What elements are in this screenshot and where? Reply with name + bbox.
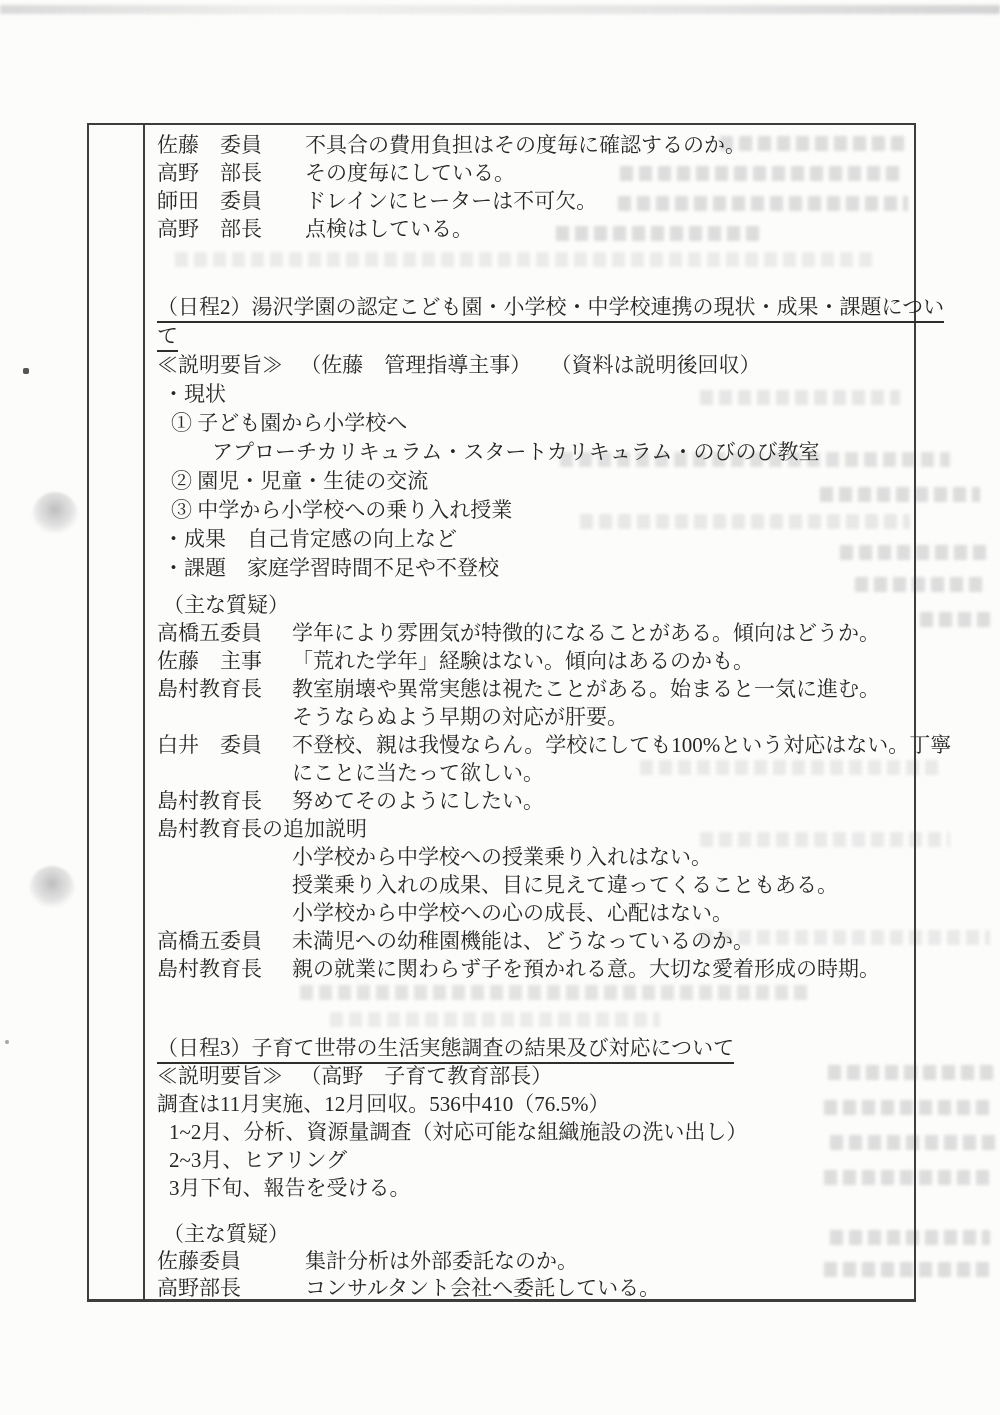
- point-1-detail: アプローチカリキュラム・スタートカリキュラム・のびのび教室: [157, 438, 924, 467]
- speaker-name: 高野 部長: [157, 159, 305, 187]
- ink-speck: [5, 1040, 9, 1044]
- table-left-rule: [143, 125, 145, 1299]
- statement-text: 未満児への幼稚園機能は、どうなっているのか。: [292, 927, 754, 955]
- speaker-name: 島村教育長: [157, 787, 292, 815]
- statement-continuation: そうならぬよう早期の対応が肝要。: [157, 703, 924, 731]
- speaker-name: 島村教育長: [157, 675, 292, 703]
- scan-edge-shadow: [0, 5, 1000, 14]
- qa-row: 師田 委員 ドレインにヒーターは不可欠。: [157, 187, 924, 215]
- point-2: ② 園児・児童・生徒の交流: [157, 467, 924, 496]
- results-line: ・成果 自己肯定感の向上など: [157, 525, 924, 554]
- qa-section-label: （主な質疑）: [157, 591, 924, 619]
- statement-text: ドレインにヒーターは不可欠。: [305, 187, 597, 215]
- point-3: ③ 中学から小学校への乗り入れ授業: [157, 496, 924, 525]
- agenda3-qa-block: （主な質疑） 佐藤委員 集計分析は外部委託なのか。 高野部長 コンサルタント会社…: [157, 1221, 924, 1302]
- survey-line: 調査は11月実施、12月回収。536中410（76.5%）: [157, 1090, 924, 1118]
- qa-row: 島村教育長 教室崩壊や異常実態は視たことがある。始まると一気に進む。: [157, 675, 924, 703]
- addendum-line: 小学校から中学校への心の成長、心配はない。: [157, 899, 924, 927]
- qa-row: 佐藤委員 集計分析は外部委託なのか。: [157, 1248, 924, 1275]
- presenter-name: （高野 子育て教育部長）: [300, 1064, 552, 1088]
- addendum-line: 小学校から中学校への授業乗り入れはない。: [157, 843, 924, 871]
- speaker-name: 佐藤 委員: [157, 131, 305, 159]
- materials-note: （資料は説明後回収）: [551, 353, 761, 377]
- qa-row: 高野 部長 その度毎にしている。: [157, 159, 924, 187]
- speaker-name: 佐藤 主事: [157, 647, 292, 675]
- speaker-name: 高橋五委員: [157, 619, 292, 647]
- speaker-name: 白井 委員: [157, 731, 292, 759]
- qa-row: 白井 委員 不登校、親は我慢ならん。学校にしても100%という対応はない。丁寧: [157, 731, 924, 759]
- speaker-name: 島村教育長: [157, 955, 292, 983]
- statement-text: その度毎にしている。: [305, 159, 515, 187]
- statement-text: 努めてそのようにしたい。: [292, 787, 544, 815]
- agenda2-block: （日程2）湯沢学園の認定こども園・小学校・中学校連携の現状・成果・課題につい て…: [157, 293, 924, 583]
- statement-text: 学年により雰囲気が特徴的になることがある。傾向はどうか。: [292, 619, 880, 647]
- statement-text: コンサルタント会社へ委託している。: [305, 1275, 660, 1302]
- statement-continuation: にことに当たって欲しい。: [157, 759, 924, 787]
- qa-row: 高野 部長 点検はしている。: [157, 215, 924, 243]
- addendum-label: 島村教育長の追加説明: [157, 815, 924, 843]
- statement-text: 「荒れた学年」経験はない。傾向はあるのかも。: [292, 647, 754, 675]
- statement-text: 教室崩壊や異常実態は視たことがある。始まると一気に進む。: [292, 675, 880, 703]
- presenter-name: （佐藤 管理指導主事）: [300, 353, 531, 377]
- punch-hole-bottom: [29, 866, 75, 912]
- ink-speck: [23, 368, 29, 374]
- punch-hole-top: [32, 492, 78, 538]
- addendum-line: 授業乗り入れの成果、目に見えて違ってくることもある。: [157, 871, 924, 899]
- agenda3-heading: （日程3）子育て世帯の生活実態調査の結果及び対応について: [157, 1034, 924, 1062]
- issues-line: ・課題 家庭学習時間不足や不登校: [157, 554, 924, 583]
- speaker-name: 高野 部長: [157, 215, 305, 243]
- schedule-line: 3月下旬、報告を受ける。: [157, 1174, 924, 1202]
- summary-label: ≪説明要旨≫: [157, 1064, 283, 1088]
- agenda2-summary-line: ≪説明要旨≫ （佐藤 管理指導主事） （資料は説明後回収）: [157, 351, 924, 380]
- qa-block-top: 佐藤 委員 不具合の費用負担はその度毎に確認するのか。 高野 部長 その度毎にし…: [157, 131, 924, 243]
- statement-text: 不具合の費用負担はその度毎に確認するのか。: [305, 131, 746, 159]
- agenda2-qa-block: （主な質疑） 高橋五委員 学年により雰囲気が特徴的になることがある。傾向はどうか…: [157, 591, 924, 983]
- statement-text: 集計分析は外部委託なのか。: [305, 1248, 578, 1275]
- speaker-name: 佐藤委員: [157, 1248, 305, 1275]
- qa-row: 島村教育長 親の就業に関わらず子を預かれる意。大切な愛着形成の時期。: [157, 955, 924, 983]
- qa-row: 高橋五委員 学年により雰囲気が特徴的になることがある。傾向はどうか。: [157, 619, 924, 647]
- qa-row: 佐藤 委員 不具合の費用負担はその度毎に確認するのか。: [157, 131, 924, 159]
- agenda2-heading-line1: （日程2）湯沢学園の認定こども園・小学校・中学校連携の現状・成果・課題につい: [157, 293, 924, 322]
- qa-section-label: （主な質疑）: [157, 1221, 924, 1248]
- agenda2-heading-line2: て: [157, 322, 924, 351]
- summary-label: ≪説明要旨≫: [157, 353, 283, 377]
- schedule-line: 1~2月、分析、資源量調査（対応可能な組織施設の洗い出し）: [157, 1118, 924, 1146]
- agenda3-summary-line: ≪説明要旨≫ （高野 子育て教育部長）: [157, 1062, 924, 1090]
- schedule-line: 2~3月、ヒアリング: [157, 1146, 924, 1174]
- speaker-name: 高野部長: [157, 1275, 305, 1302]
- point-1: ① 子ども園から小学校へ: [157, 409, 924, 438]
- statement-text: 点検はしている。: [305, 215, 473, 243]
- scanned-minutes-page: { "qa_top": { "rows": [ { "speaker": "佐藤…: [0, 0, 1000, 1415]
- statement-text: 親の就業に関わらず子を預かれる意。大切な愛着形成の時期。: [292, 955, 880, 983]
- speaker-name: 高橋五委員: [157, 927, 292, 955]
- agenda3-block: （日程3）子育て世帯の生活実態調査の結果及び対応について ≪説明要旨≫ （高野 …: [157, 1034, 924, 1202]
- minutes-table-frame: 佐藤 委員 不具合の費用負担はその度毎に確認するのか。 高野 部長 その度毎にし…: [87, 123, 916, 1302]
- status-label: ・現状: [157, 380, 924, 409]
- qa-row: 高橋五委員 未満児への幼稚園機能は、どうなっているのか。: [157, 927, 924, 955]
- statement-text: 不登校、親は我慢ならん。学校にしても100%という対応はない。丁寧: [292, 731, 951, 759]
- qa-row: 高野部長 コンサルタント会社へ委託している。: [157, 1275, 924, 1302]
- qa-row: 佐藤 主事 「荒れた学年」経験はない。傾向はあるのかも。: [157, 647, 924, 675]
- speaker-name: 師田 委員: [157, 187, 305, 215]
- qa-row: 島村教育長 努めてそのようにしたい。: [157, 787, 924, 815]
